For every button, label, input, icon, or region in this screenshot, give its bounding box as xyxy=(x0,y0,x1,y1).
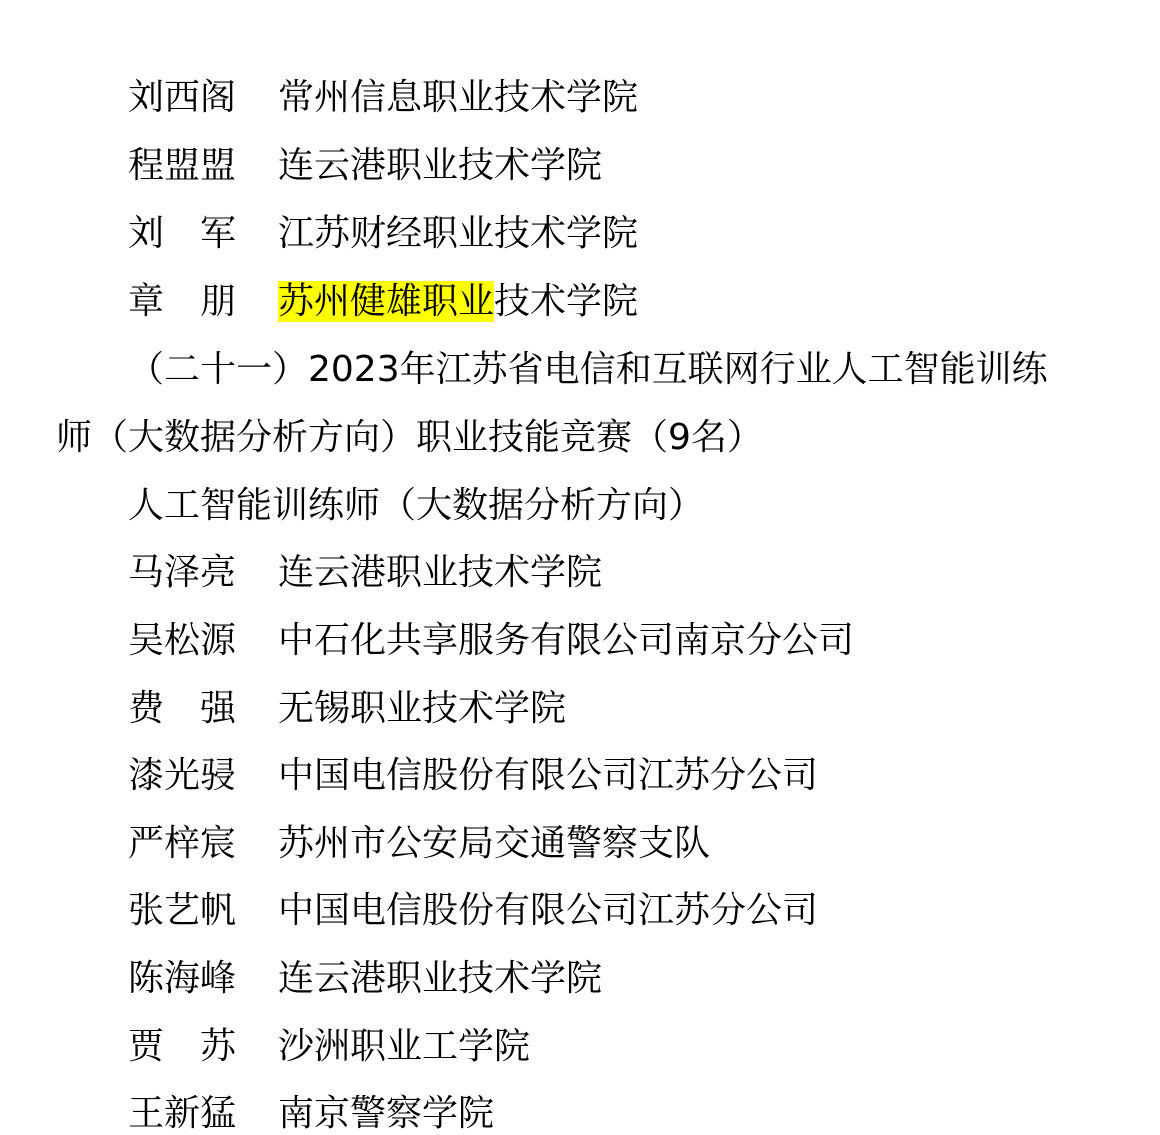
list-item: 王新猛南京警察学院 xyxy=(128,1092,494,1135)
person-name: 王新猛 xyxy=(128,1092,278,1135)
organization: 连云港职业技术学院 xyxy=(278,144,602,188)
list-item: 严梓宸苏州市公安局交通警察支队 xyxy=(128,822,710,866)
list-item: 章 朋苏州健雄职业技术学院 xyxy=(128,280,638,324)
organization-rest: 技术学院 xyxy=(494,281,638,322)
list-item: 费 强无锡职业技术学院 xyxy=(128,687,566,731)
person-name: 章 朋 xyxy=(128,280,278,324)
organization: 连云港职业技术学院 xyxy=(278,957,602,1001)
list-item: 张艺帆中国电信股份有限公司江苏分公司 xyxy=(128,889,818,933)
person-name: 张艺帆 xyxy=(128,889,278,933)
person-name: 漆光骎 xyxy=(128,754,278,798)
person-name: 刘西阁 xyxy=(128,76,278,120)
person-name: 刘 军 xyxy=(128,212,278,256)
person-name: 严梓宸 xyxy=(128,822,278,866)
organization: 江苏财经职业技术学院 xyxy=(278,212,638,256)
person-name: 程盟盟 xyxy=(128,144,278,188)
list-item: 刘 军江苏财经职业技术学院 xyxy=(128,212,638,256)
highlighted-text: 苏州健雄职业 xyxy=(278,281,494,322)
organization: 中石化共享服务有限公司南京分公司 xyxy=(278,619,854,663)
list-item: 吴松源中石化共享服务有限公司南京分公司 xyxy=(128,619,854,663)
person-name: 陈海峰 xyxy=(128,957,278,1001)
organization: 中国电信股份有限公司江苏分公司 xyxy=(278,889,818,933)
organization: 苏州健雄职业技术学院 xyxy=(278,280,638,324)
organization: 苏州市公安局交通警察支队 xyxy=(278,822,710,866)
organization: 南京警察学院 xyxy=(278,1092,494,1135)
section-heading-line-2: 师（大数据分析方向）职业技能竞赛（9名） xyxy=(56,416,763,460)
person-name: 吴松源 xyxy=(128,619,278,663)
person-name: 费 强 xyxy=(128,687,278,731)
list-item: 贾 苏沙洲职业工学院 xyxy=(128,1025,530,1069)
organization: 中国电信股份有限公司江苏分公司 xyxy=(278,754,818,798)
list-item: 马泽亮连云港职业技术学院 xyxy=(128,551,602,595)
person-name: 贾 苏 xyxy=(128,1025,278,1069)
list-item: 程盟盟连云港职业技术学院 xyxy=(128,144,602,188)
document-page: 刘西阁常州信息职业技术学院 程盟盟连云港职业技术学院 刘 军江苏财经职业技术学院… xyxy=(0,0,1160,1135)
list-item: 漆光骎中国电信股份有限公司江苏分公司 xyxy=(128,754,818,798)
organization: 沙洲职业工学院 xyxy=(278,1025,530,1069)
category-title: 人工智能训练师（大数据分析方向） xyxy=(128,484,704,528)
organization: 常州信息职业技术学院 xyxy=(278,76,638,120)
list-item: 陈海峰连云港职业技术学院 xyxy=(128,957,602,1001)
list-item: 刘西阁常州信息职业技术学院 xyxy=(128,76,638,120)
organization: 无锡职业技术学院 xyxy=(278,687,566,731)
person-name: 马泽亮 xyxy=(128,551,278,595)
organization: 连云港职业技术学院 xyxy=(278,551,602,595)
section-heading-line-1: （二十一）2023年江苏省电信和互联网行业人工智能训练 xyxy=(128,348,1048,392)
